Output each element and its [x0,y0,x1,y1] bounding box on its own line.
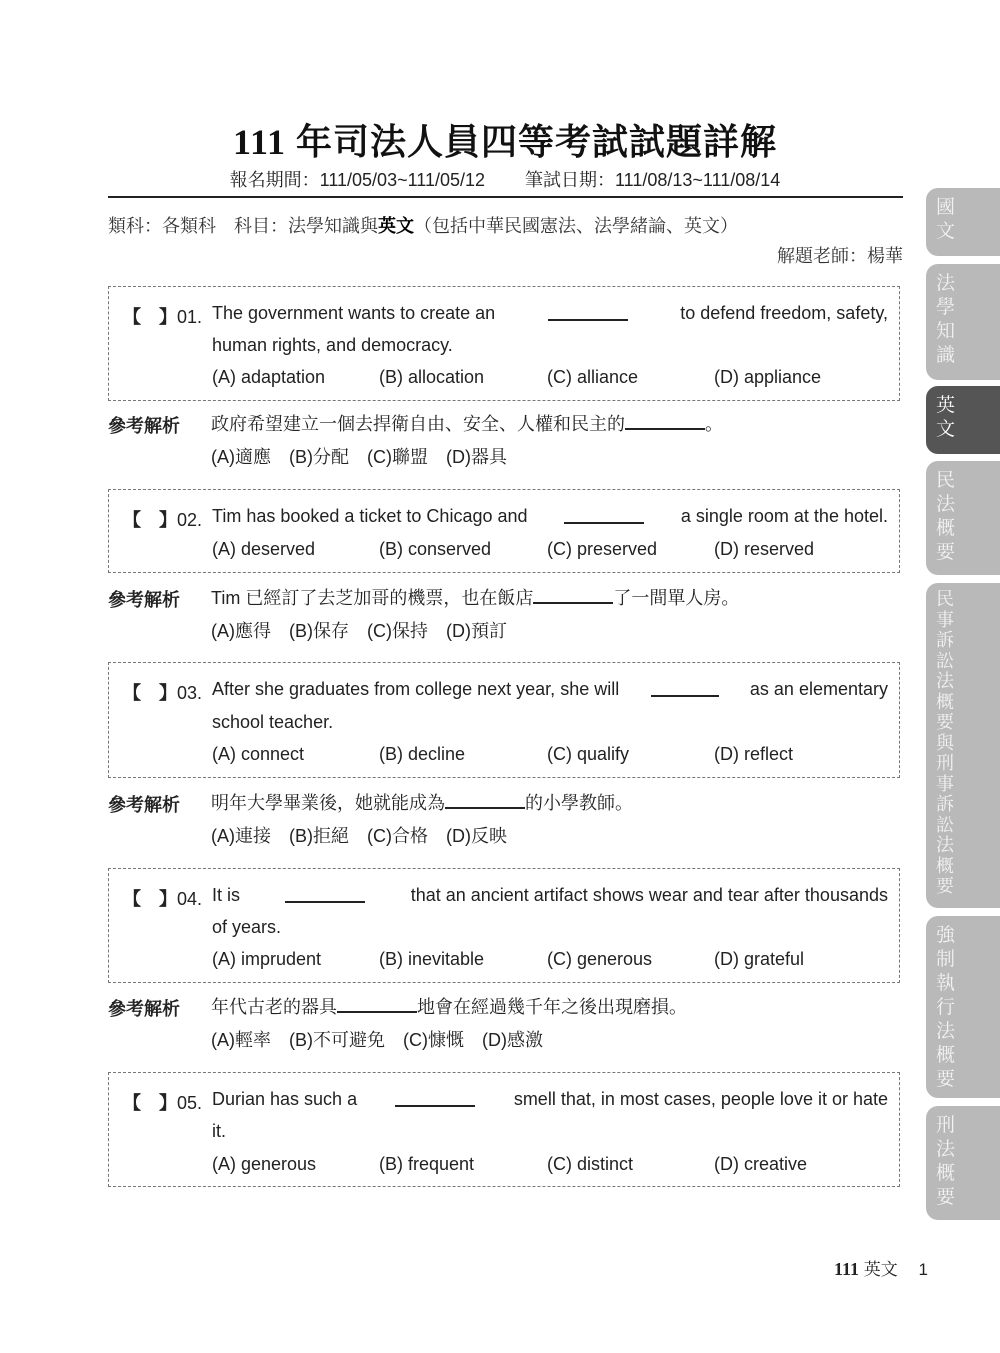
question-box-05: 【】05. Durian has such a smell that, in m… [108,1072,900,1187]
answer-label: 參考解析 [108,586,180,612]
option-c: (C) alliance [547,367,638,388]
option-a: (A) connect [212,744,304,765]
question-number: 【】03. [123,679,202,705]
question-number: 【】04. [123,885,202,911]
option-a: (A) adaptation [212,367,325,388]
subject-detail: （包括中華民國憲法、法學緒論、英文） [414,216,738,236]
category-text: 類科：各類科 科目：法學知識與 [108,216,378,236]
explanation-options-01: (A)適應(B)分配(C)聯盟(D)器具 [211,443,525,469]
question-number: 【】01. [123,303,202,329]
option-a: (A) generous [212,1154,316,1175]
option-c: (C) generous [547,949,652,970]
answer-blank [651,679,719,697]
side-tab-legal-knowledge[interactable]: 法學知識 [926,264,1000,380]
exam-dates: 報名期間：111/05/03~111/05/12筆試日期：111/08/13~1… [0,166,1000,192]
question-box-04: 【】04. It is that an ancient artifact sho… [108,868,900,983]
option-b: (B) allocation [379,367,484,388]
question-line-2: it. [212,1121,226,1142]
option-b: (B) decline [379,744,465,765]
option-a: (A) deserved [212,539,315,560]
explanation-options-03: (A)連接(B)拒絕(C)合格(D)反映 [211,822,525,848]
option-d: (D) creative [714,1154,807,1175]
explanation-02: Tim 已經訂了去芝加哥的機票，也在飯店了一間單人房。 [211,584,739,610]
explanation-03: 明年大學畢業後，她就能成為的小學教師。 [211,789,633,815]
option-b: (B) inevitable [379,949,484,970]
answer-label: 參考解析 [108,791,180,817]
explanation-options-04: (A)輕率(B)不可避免(C)慷慨(D)感激 [211,1026,561,1052]
side-tab-english[interactable]: 英文 [926,386,1000,454]
page-footer: 111 英文 1 [834,1255,928,1280]
page-title: 111 年司法人員四等考試試題詳解 [0,114,1000,165]
footer-subject: 英文 [864,1260,898,1279]
question-line-1: Durian has such a smell that, in most ca… [212,1089,888,1110]
option-c: (C) distinct [547,1154,633,1175]
answer-blank [285,885,365,903]
side-tab-procedure-law[interactable]: 民事訴訟法概要與刑事訴訟法概要 [926,583,1000,908]
option-d: (D) reserved [714,539,814,560]
question-line-1: The government wants to create an to def… [212,303,888,324]
question-line-1: After she graduates from college next ye… [212,679,888,700]
answer-blank [533,586,613,604]
option-d: (D) appliance [714,367,821,388]
subject-line: 類科：各類科 科目：法學知識與英文（包括中華民國憲法、法學緒論、英文） [108,212,738,238]
answer-blank [564,506,644,524]
explanation-01: 政府希望建立一個去捍衛自由、安全、人權和民主的。 [211,410,723,436]
option-c: (C) preserved [547,539,657,560]
question-box-03: 【】03. After she graduates from college n… [108,662,900,778]
answer-label: 參考解析 [108,412,180,438]
option-b: (B) frequent [379,1154,474,1175]
side-tab-enforcement-law[interactable]: 強制執行法概要 [926,916,1000,1098]
side-tab-civil-law[interactable]: 民法概要 [926,461,1000,575]
exam-date: 筆試日期：111/08/13~111/08/14 [525,166,780,192]
question-box-02: 【】02. Tim has booked a ticket to Chicago… [108,489,900,573]
registration-period: 報名期間：111/05/03~111/05/12 [230,166,485,192]
answer-blank [337,995,417,1013]
option-b: (B) conserved [379,539,491,560]
question-line-1: Tim has booked a ticket to Chicago and a… [212,506,888,527]
header-divider [108,196,903,198]
option-d: (D) grateful [714,949,804,970]
side-tab-chinese[interactable]: 國文 [926,188,1000,256]
answer-label: 參考解析 [108,995,180,1021]
question-number: 【】05. [123,1089,202,1115]
page-number: 1 [918,1260,927,1279]
teacher-credit: 解題老師：楊華 [777,242,903,268]
option-d: (D) reflect [714,744,793,765]
answer-blank [625,412,705,430]
question-box-01: 【】01. The government wants to create an … [108,286,900,401]
question-number: 【】02. [123,506,202,532]
question-line-2: of years. [212,917,281,938]
side-tab-criminal-law[interactable]: 刑法概要 [926,1106,1000,1220]
option-c: (C) qualify [547,744,629,765]
answer-blank [395,1089,475,1107]
question-line-2: school teacher. [212,712,333,733]
question-line-1: It is that an ancient artifact shows wea… [212,885,888,906]
answer-blank [548,303,628,321]
answer-blank [445,791,525,809]
footer-year: 111 [834,1259,859,1279]
subject-emphasis: 英文 [378,216,414,236]
option-a: (A) imprudent [212,949,321,970]
question-line-2: human rights, and democracy. [212,335,453,356]
explanation-options-02: (A)應得(B)保存(C)保持(D)預訂 [211,617,525,643]
explanation-04: 年代古老的器具地會在經過幾千年之後出現磨損。 [211,993,687,1019]
